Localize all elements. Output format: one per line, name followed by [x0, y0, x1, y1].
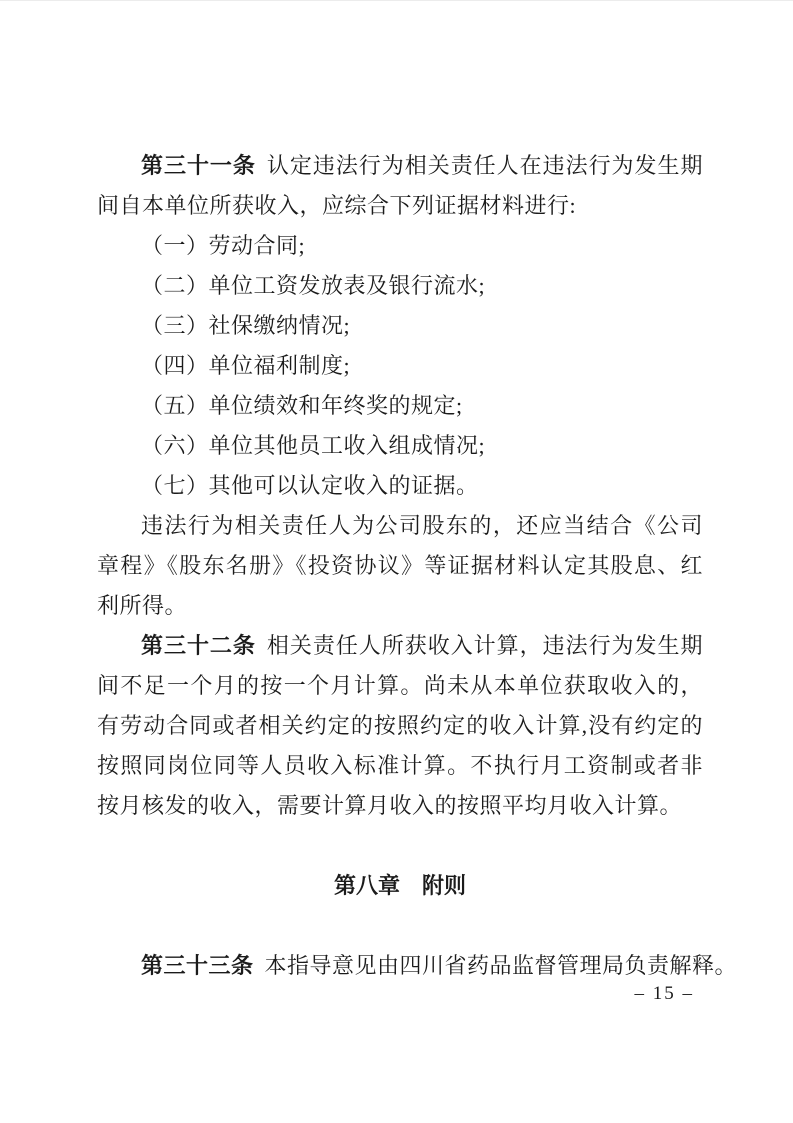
document-page: 第三十一条认定违法行为相关责任人在违法行为发生期间自本单位所获收入，应综合下列证… [0, 0, 793, 1123]
list-item-2: （二）单位工资发放表及银行流水; [97, 266, 703, 306]
article-33-paragraph: 第三十三条本指导意见由四川省药品监督管理局负责解释。 [97, 946, 703, 986]
document-body: 第三十一条认定违法行为相关责任人在违法行为发生期间自本单位所获收入，应综合下列证… [97, 146, 703, 986]
article-33-number: 第三十三条 [141, 953, 254, 978]
article-33-text: 本指导意见由四川省药品监督管理局负责解释。 [265, 953, 738, 978]
article-32-number: 第三十二条 [141, 633, 256, 658]
shareholder-paragraph: 违法行为相关责任人为公司股东的，还应当结合《公司章程》《股东名册》《投资协议》等… [97, 506, 703, 626]
list-item-1: （一）劳动合同; [97, 226, 703, 266]
list-item-3: （三）社保缴纳情况; [97, 306, 703, 346]
article-31-paragraph: 第三十一条认定违法行为相关责任人在违法行为发生期间自本单位所获收入，应综合下列证… [97, 146, 703, 226]
page-number: – 15 – [635, 982, 695, 1006]
list-item-4: （四）单位福利制度; [97, 346, 703, 386]
article-31-number: 第三十一条 [141, 153, 256, 178]
list-item-5: （五）单位绩效和年终奖的规定; [97, 386, 703, 426]
article-32-paragraph: 第三十二条相关责任人所获收入计算，违法行为发生期间不足一个月的按一个月计算。尚未… [97, 626, 703, 826]
list-item-7: （七）其他可以认定收入的证据。 [97, 466, 703, 506]
chapter-heading: 第八章 附则 [97, 866, 703, 906]
article-32-text: 相关责任人所获收入计算，违法行为发生期间不足一个月的按一个月计算。尚未从本单位获… [97, 633, 703, 818]
list-item-6: （六）单位其他员工收入组成情况; [97, 426, 703, 466]
